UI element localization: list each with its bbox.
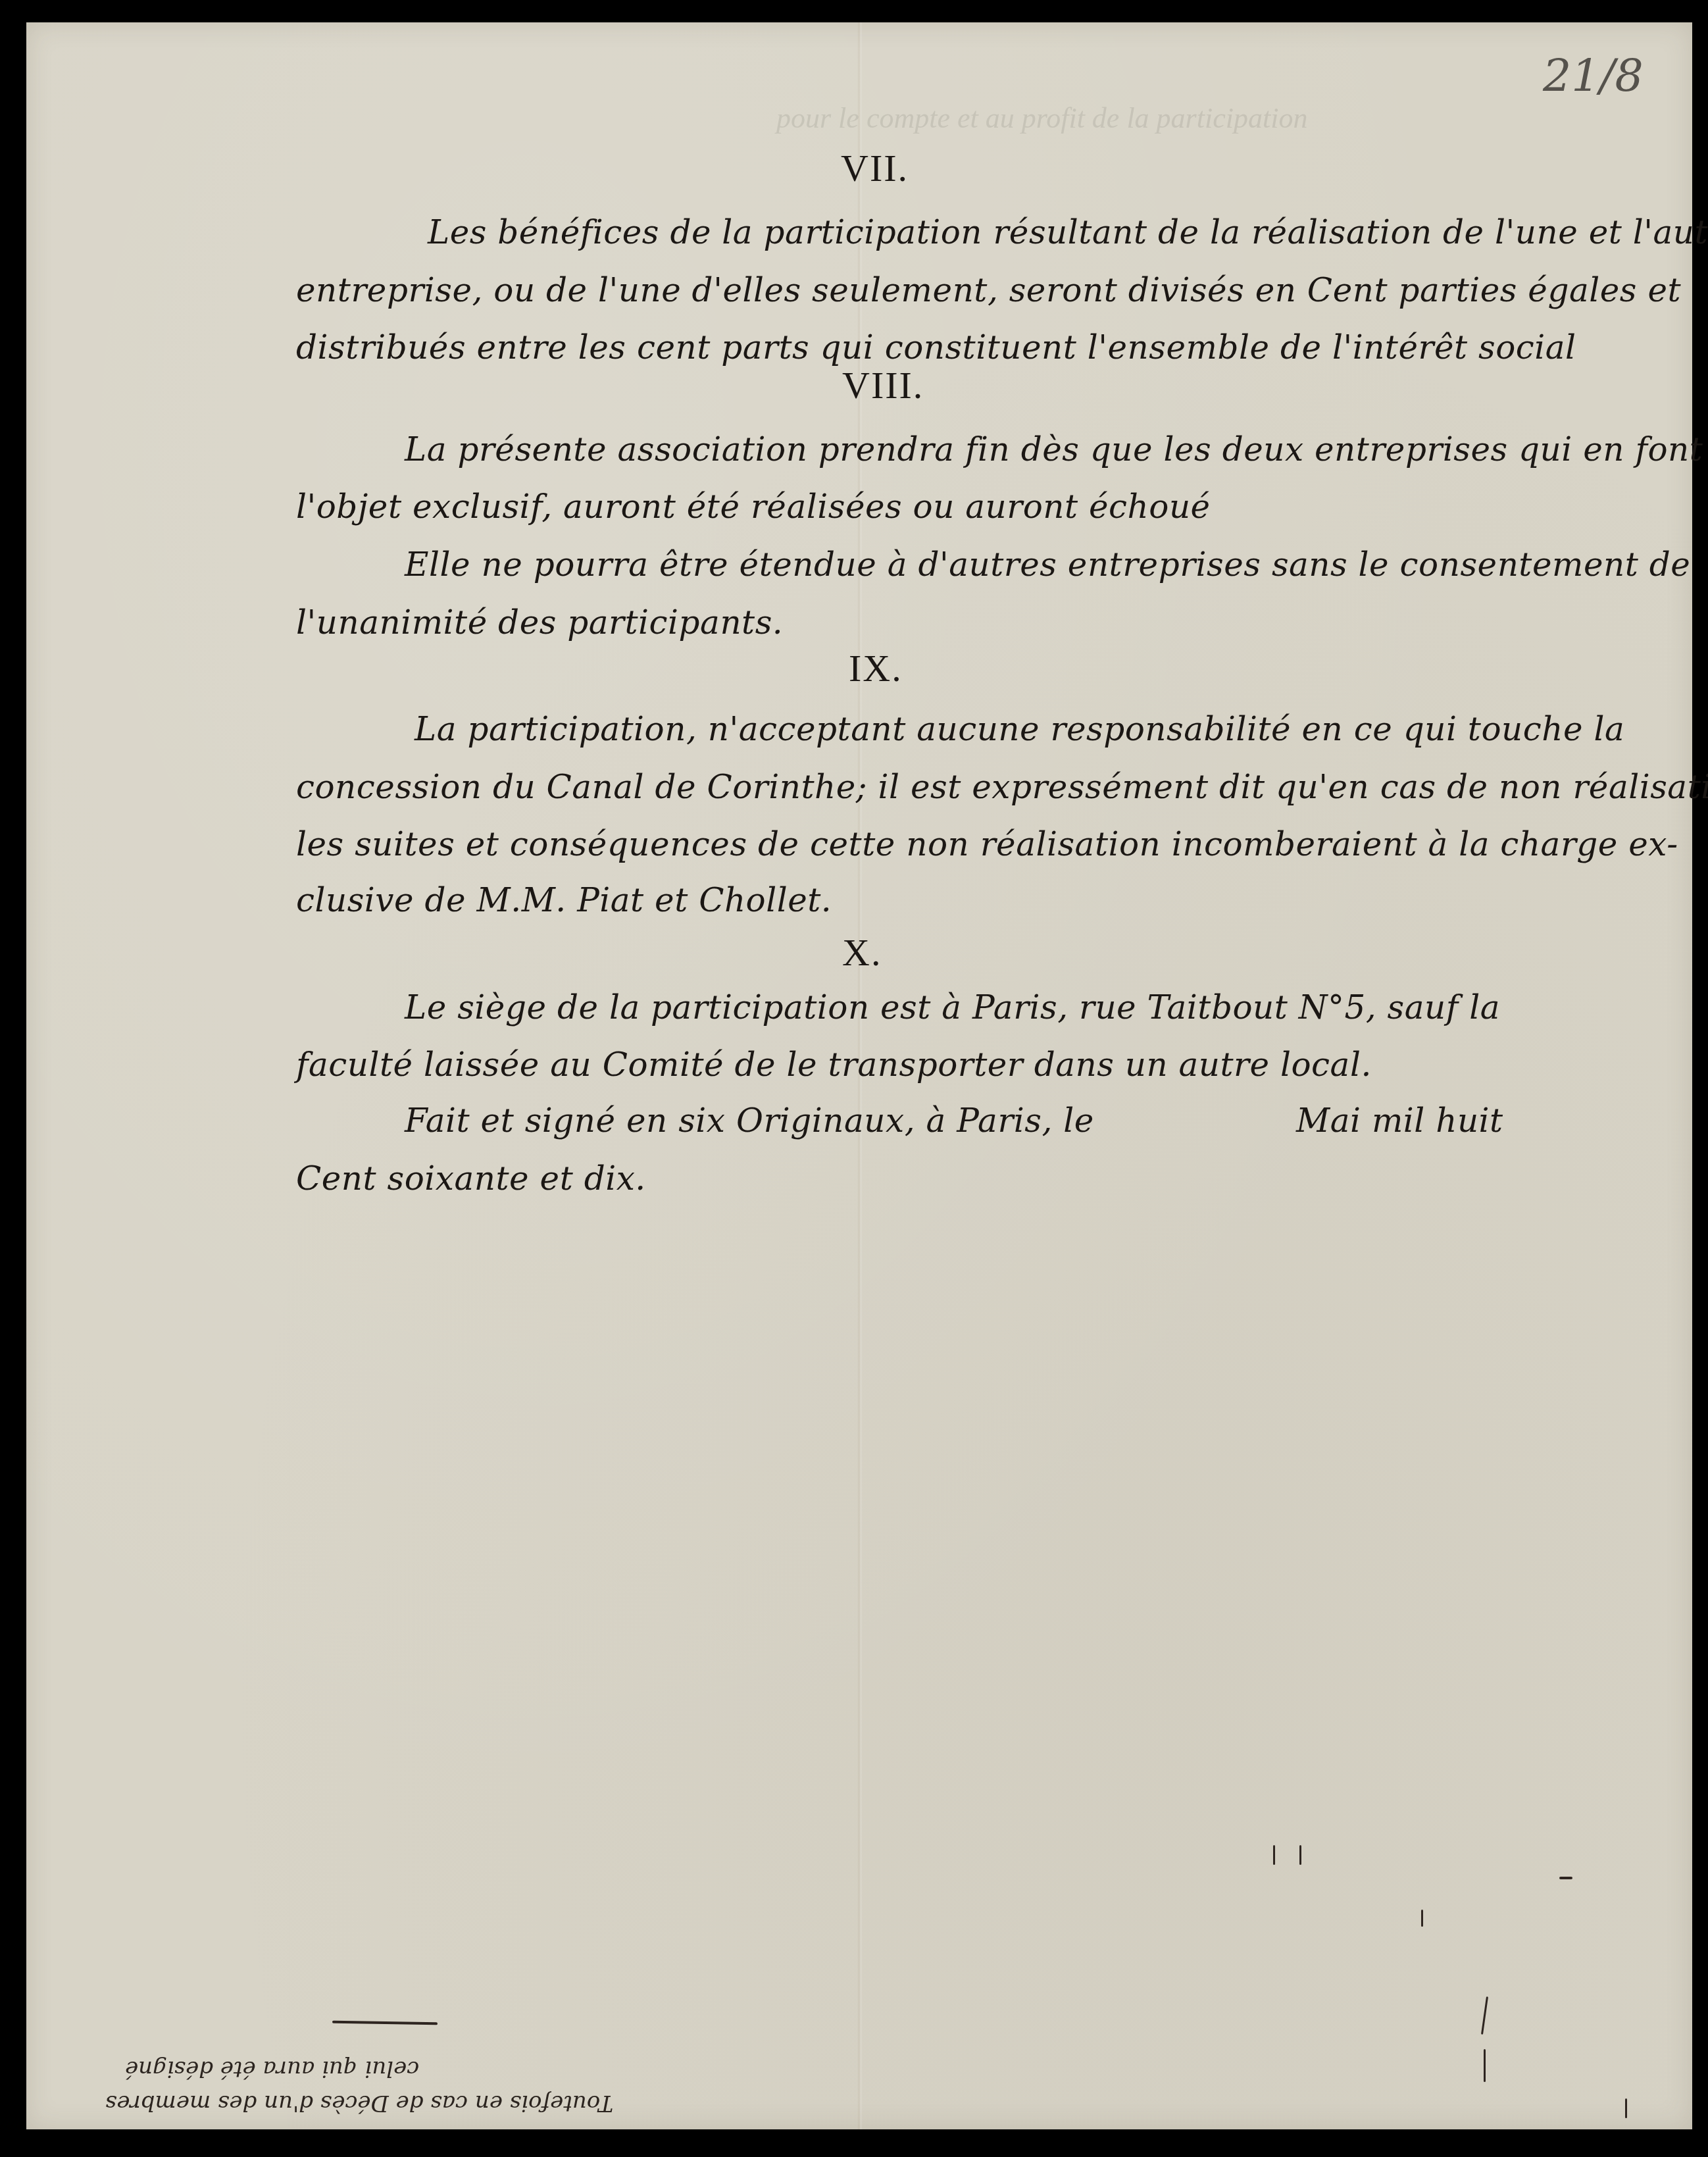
signature-mark xyxy=(1421,1910,1423,1927)
section-numeral-vii: VII. xyxy=(841,146,909,190)
mirrored-note-line: Toutefois en cas de Décès d'un des membr… xyxy=(105,2090,613,2116)
date-month-text: Mai mil huit xyxy=(1296,1102,1503,1140)
mirrored-note-line: celui qui aura été désigné xyxy=(125,2056,419,2082)
text-line: Les bénéfices de la participation résult… xyxy=(428,213,1708,251)
signature-mark xyxy=(1299,1845,1301,1865)
signature-mark xyxy=(1559,1877,1572,1879)
manuscript-page: 21/8 pour le compte et au profit de la p… xyxy=(26,22,1692,2129)
text-line: La présente association prendra fin dès … xyxy=(405,430,1703,469)
text-line: entreprise, ou de l'une d'elles seulemen… xyxy=(296,271,1681,309)
text-line: l'unanimité des participants. xyxy=(296,603,783,642)
text-line: les suites et conséquences de cette non … xyxy=(296,825,1678,863)
section-numeral-x: X. xyxy=(842,930,882,975)
text-line: faculté laissée au Comité de le transpor… xyxy=(296,1046,1372,1084)
text-line: Cent soixante et dix. xyxy=(296,1159,646,1198)
text-line: concession du Canal de Corinthe; il est … xyxy=(296,768,1708,806)
bleed-through-text: pour le compte et au profit de la partic… xyxy=(776,101,1307,135)
underline-stroke xyxy=(332,2021,438,2025)
text-line: clusive de M.M. Piat et Chollet. xyxy=(296,881,832,919)
signature-mark xyxy=(1484,2049,1486,2082)
signature-mark xyxy=(1273,1845,1275,1865)
text-line: La participation, n'acceptant aucune res… xyxy=(414,710,1624,748)
section-numeral-ix: IX. xyxy=(849,646,903,690)
signature-mark xyxy=(1625,2098,1627,2118)
signature-mark xyxy=(1481,1996,1488,2035)
text-line: Elle ne pourra être étendue à d'autres e… xyxy=(405,546,1690,584)
section-numeral-viii: VIII. xyxy=(842,363,924,407)
folio-number: 21/8 xyxy=(1543,50,1644,102)
text-line: l'objet exclusif, auront été réalisées o… xyxy=(296,488,1211,526)
text-line: Fait et signé en six Originaux, à Paris,… xyxy=(405,1102,1094,1140)
text-line: Le siège de la participation est à Paris… xyxy=(405,988,1500,1027)
text-line: distribués entre les cent parts qui cons… xyxy=(296,328,1576,367)
